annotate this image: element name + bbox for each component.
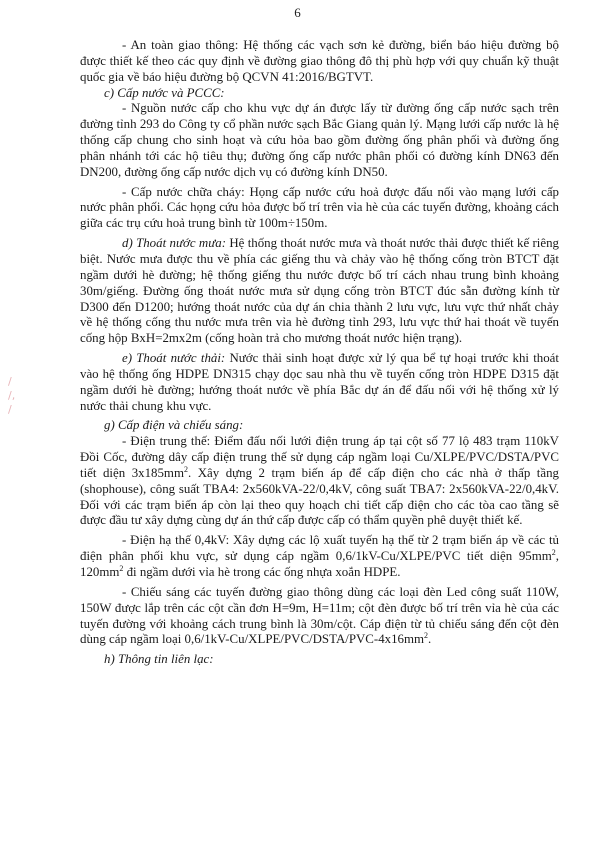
page-number: 6 [0,5,595,21]
traffic-safety-paragraph: - An toàn giao thông: Hệ thống các vạch … [80,38,559,86]
medium-voltage-paragraph: - Điện trung thế: Điểm đấu nối lưới điện… [80,434,559,529]
power-lighting-heading: g) Cấp điện và chiếu sáng: [80,418,559,434]
lighting-text-end: . [428,632,431,646]
rain-drainage-paragraph: d) Thoát nước mưa: Hệ thống thoát nước m… [80,236,559,347]
fire-water-paragraph: - Cấp nước chữa cháy: Họng cấp nước cứu … [80,185,559,233]
water-source-paragraph: - Nguồn nước cấp cho khu vực dự án được … [80,101,559,180]
communications-heading: h) Thông tin liên lạc: [80,652,559,668]
low-voltage-text-end: đi ngầm dưới vỉa hè trong các ống nhựa x… [123,565,400,579]
lighting-paragraph: - Chiếu sáng các tuyến đường giao thông … [80,585,559,648]
low-voltage-paragraph: - Điện hạ thế 0,4kV: Xây dựng các lộ xuấ… [80,533,559,581]
wastewater-paragraph: e) Thoát nước thải: Nước thải sinh hoạt … [80,351,559,414]
margin-annotation-mark: //,/ [8,375,22,425]
document-body: - An toàn giao thông: Hệ thống các vạch … [80,38,559,668]
wastewater-heading: e) Thoát nước thải: [122,351,225,365]
rain-drainage-text: Hệ thống thoát nước mưa và thoát nước th… [80,236,559,345]
rain-drainage-heading: d) Thoát nước mưa: [122,236,226,250]
lighting-text: - Chiếu sáng các tuyến đường giao thông … [80,585,559,647]
low-voltage-text: - Điện hạ thế 0,4kV: Xây dựng các lộ xuấ… [80,533,559,563]
water-supply-heading: c) Cấp nước và PCCC: [80,86,559,102]
